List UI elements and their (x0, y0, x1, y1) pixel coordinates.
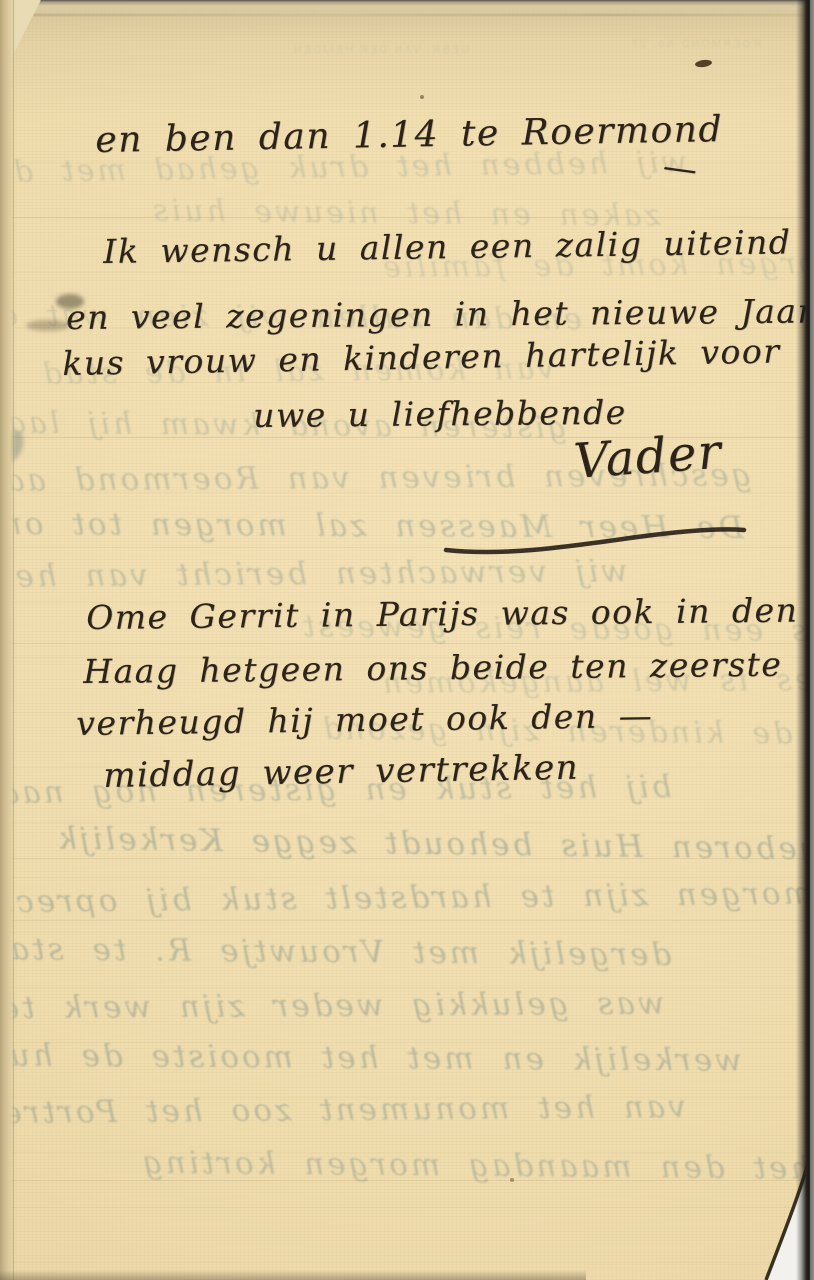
letter-page: wij hebben het druk gehad met dezaken en… (0, 0, 814, 1280)
handwritten-text-line: uwe u liefhebbende (253, 393, 627, 435)
scan-right-edge (796, 0, 814, 1280)
visible-rule-line (0, 920, 814, 921)
faint-rule-line (0, 1207, 814, 1208)
bleedthrough-text-line: uit het den maandag morgen korting (140, 1145, 814, 1188)
bleedthrough-text-line: dergelijk met Vrouwtje R. te stad (0, 931, 672, 973)
handwritten-text-line: kus vrouw en kinderen hartelijk voor (62, 331, 781, 383)
handwritten-text-line: en veel zegeningen in het nieuwe Jaar (66, 291, 814, 337)
bleedthrough-text-line: van het monument zoo het Portret (0, 1089, 686, 1131)
bleedthrough-text-line: geboren Huis behoudt zegge Kerkelijk (55, 821, 814, 868)
left-edge-line (13, 0, 14, 1280)
handwritten-text-line: verheugd hij moet ook den — (76, 696, 653, 743)
faint-rule-line (0, 1262, 814, 1263)
bleedthrough-text-line: werkelijk en met het mooiste de huis (0, 1037, 742, 1078)
top-crease-line (0, 14, 814, 16)
paper-smudge (56, 294, 84, 309)
paper-speck (510, 1178, 514, 1182)
handwritten-text-line: Haag hetgeen ons beide ten zeerste (83, 645, 782, 691)
page-bottom-edge (0, 1270, 586, 1280)
signature-flourish (440, 518, 750, 558)
handwritten-text-line: Ome Gerrit in Parijs was ook in den (86, 591, 798, 637)
bleedthrough-text-line: morgen zijn te hardstelt stuk bij oprech… (0, 876, 813, 921)
handwritten-text-line: — (660, 146, 701, 191)
top-shading (0, 0, 814, 120)
bleedthrough-text-line: wij verwachten bericht van hem (0, 553, 628, 595)
paper-smudge (26, 320, 70, 331)
handwritten-text-line: Vader (572, 424, 724, 490)
handwritten-text-line: middag weer vertrekken (103, 748, 579, 796)
bleedthrough-text-line: was gelukkig weder zijn werk ter (0, 986, 665, 1027)
